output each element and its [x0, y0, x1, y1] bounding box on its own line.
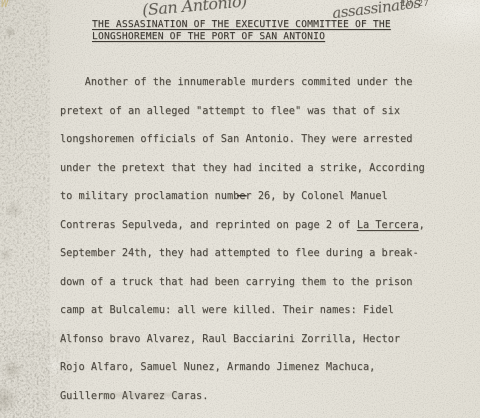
body-line: Another of the innumerable murders commi…	[60, 78, 425, 88]
body-line: Alfonso bravo Alvarez, Raul Bacciarini Z…	[60, 335, 425, 345]
body-line-la-tercera: Contreras Sepulveda, and reprinted on pa…	[60, 221, 425, 231]
body-line-segment: Contreras Sepulveda, and reprinted on pa…	[60, 220, 357, 231]
la-tercera-underlined: La Tercera	[357, 220, 419, 231]
title-line-2: LONGSHOREMEN OF THE PORT OF SAN ANTONIO	[92, 31, 391, 43]
end-of-text-dash: —	[237, 187, 247, 202]
corner-pencil-mark: W	[1, 0, 8, 10]
document-body: Another of the innumerable murders commi…	[60, 59, 425, 418]
body-line: camp at Bulcalemu: all were killed. Thei…	[60, 306, 425, 316]
document-title: THE ASSASINATION OF THE EXECUTIVE COMMIT…	[92, 19, 391, 42]
body-line: down of a truck that had been carrying t…	[60, 278, 425, 288]
body-line-segment: ,	[419, 220, 425, 231]
handwritten-note-san-antonio: (San Antonio)	[141, 0, 247, 20]
body-line: Rojo Alfaro, Samuel Nunez, Armando Jimen…	[60, 363, 425, 373]
body-line: longshoremen officials of San Antonio. T…	[60, 135, 425, 145]
body-line: under the pretext that they had incited …	[60, 164, 425, 174]
body-line: September 24th, they had attempted to fl…	[60, 249, 425, 259]
ghost-text-smudge	[100, 393, 182, 397]
page-number: IV.27	[401, 0, 429, 9]
title-line-1: THE ASSASINATION OF THE EXECUTIVE COMMIT…	[92, 19, 391, 31]
body-line: pretext of an alleged "attempt to flee" …	[60, 107, 425, 117]
scanned-document-page: W (San Antonio) assassinatos IV.27 THE A…	[0, 0, 480, 418]
